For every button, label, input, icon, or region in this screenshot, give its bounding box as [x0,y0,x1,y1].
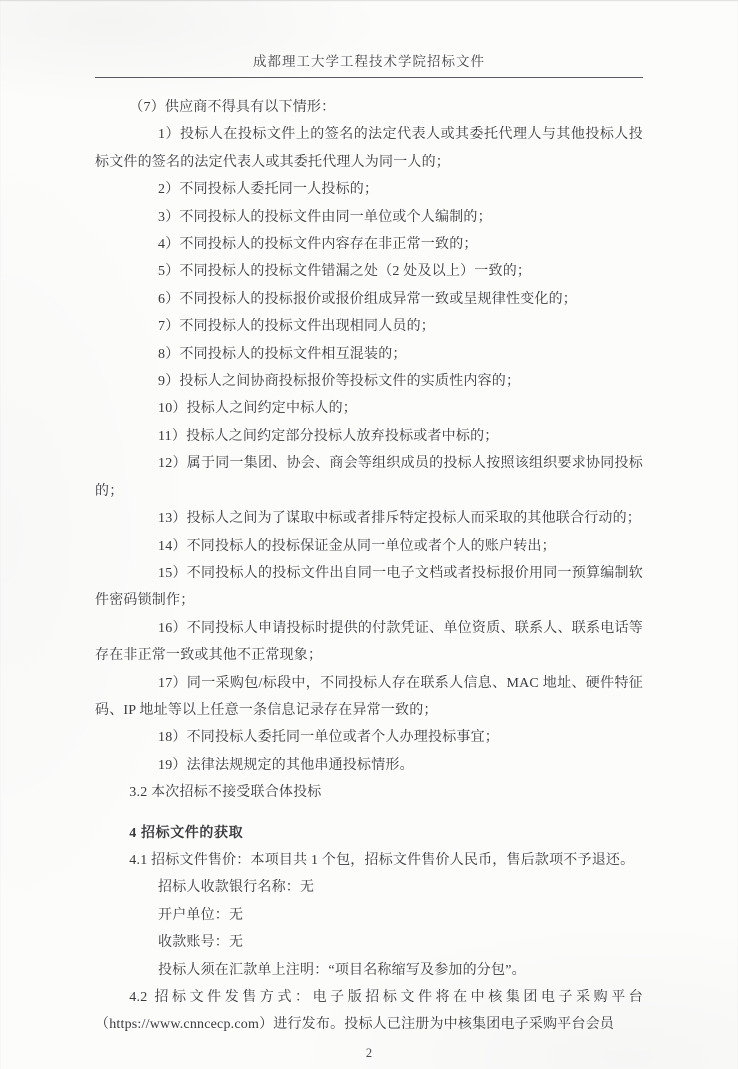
paragraph: 15）不同投标人的投标文件出自同一电子文档或者投标报价用同一预算编制软件密码锁制… [95,560,643,615]
paragraph: 5）不同投标人的投标文件错漏之处（2 处及以上）一致的； [95,258,643,285]
paragraph: 6）不同投标人的投标报价或报价组成异常一致或呈规律性变化的； [95,286,643,313]
paragraph: 18）不同投标人委托同一单位或者个人办理投标事宜； [95,724,643,751]
header-title: 成都理工大学工程技术学院招标文件 [95,50,643,70]
page-number: 2 [366,1046,372,1060]
header-rule [95,77,643,78]
paragraph: 17）同一采购包/标段中，不同投标人存在联系人信息、MAC 地址、硬件特征码、I… [95,670,643,725]
paragraph: 3.2 本次招标不接受联合体投标 [95,779,643,806]
paragraph: 14）不同投标人的投标保证金从同一单位或者个人的账户转出； [95,533,643,560]
paragraph: 收款账号：无 [95,929,643,956]
paragraph: 3）不同投标人的投标文件由同一单位或个人编制的； [95,204,643,231]
paragraph: 4.1 招标文件售价：本项目共 1 个包，招标文件售价人民币，售后款项不予退还。 [95,847,643,874]
paragraph: 招标人收款银行名称：无 [95,874,643,901]
document-page: 成都理工大学工程技术学院招标文件 （7）供应商不得具有以下情形：1）投标人在投标… [0,0,738,1069]
paragraph: 13）投标人之间为了谋取中标或者排斥特定投标人而采取的其他联合行动的； [95,505,643,532]
page-footer: 2 [95,1046,643,1061]
paragraph: 16）不同投标人申请投标时提供的付款凭证、单位资质、联系人、联系电话等存在非正常… [95,615,643,670]
paragraph: 2）不同投标人委托同一人投标的； [95,176,643,203]
page-header: 成都理工大学工程技术学院招标文件 [95,50,643,78]
paragraph: 投标人须在汇款单上注明：“项目名称缩写及参加的分包”。 [95,957,643,984]
paragraph: 4.2 招标文件发售方式：电子版招标文件将在中核集团电子采购平台（https:/… [95,984,643,1039]
paragraph: 9）投标人之间协商投标报价等投标文件的实质性内容的； [95,368,643,395]
document-body: （7）供应商不得具有以下情形：1）投标人在投标文件上的签名的法定代表人或其委托代… [95,94,643,1039]
paragraph: 8）不同投标人的投标文件相互混装的； [95,341,643,368]
page-content: 成都理工大学工程技术学院招标文件 （7）供应商不得具有以下情形：1）投标人在投标… [95,0,643,1061]
paragraph: 4 招标文件的获取 [95,820,643,847]
paragraph: 7）不同投标人的投标文件出现相同人员的； [95,313,643,340]
paragraph: 19）法律法规规定的其他串通投标情形。 [95,752,643,779]
paragraph: （7）供应商不得具有以下情形： [95,94,643,121]
paragraph: 10）投标人之间约定中标人的； [95,395,643,422]
paragraph: 1）投标人在投标文件上的签名的法定代表人或其委托代理人与其他投标人投标文件的签名… [95,121,643,176]
paragraph: 4）不同投标人的投标文件内容存在非正常一致的； [95,231,643,258]
paragraph: 11）投标人之间约定部分投标人放弃投标或者中标的； [95,423,643,450]
paragraph: 12）属于同一集团、协会、商会等组织成员的投标人按照该组织要求协同投标的； [95,450,643,505]
paragraph: 开户单位：无 [95,902,643,929]
